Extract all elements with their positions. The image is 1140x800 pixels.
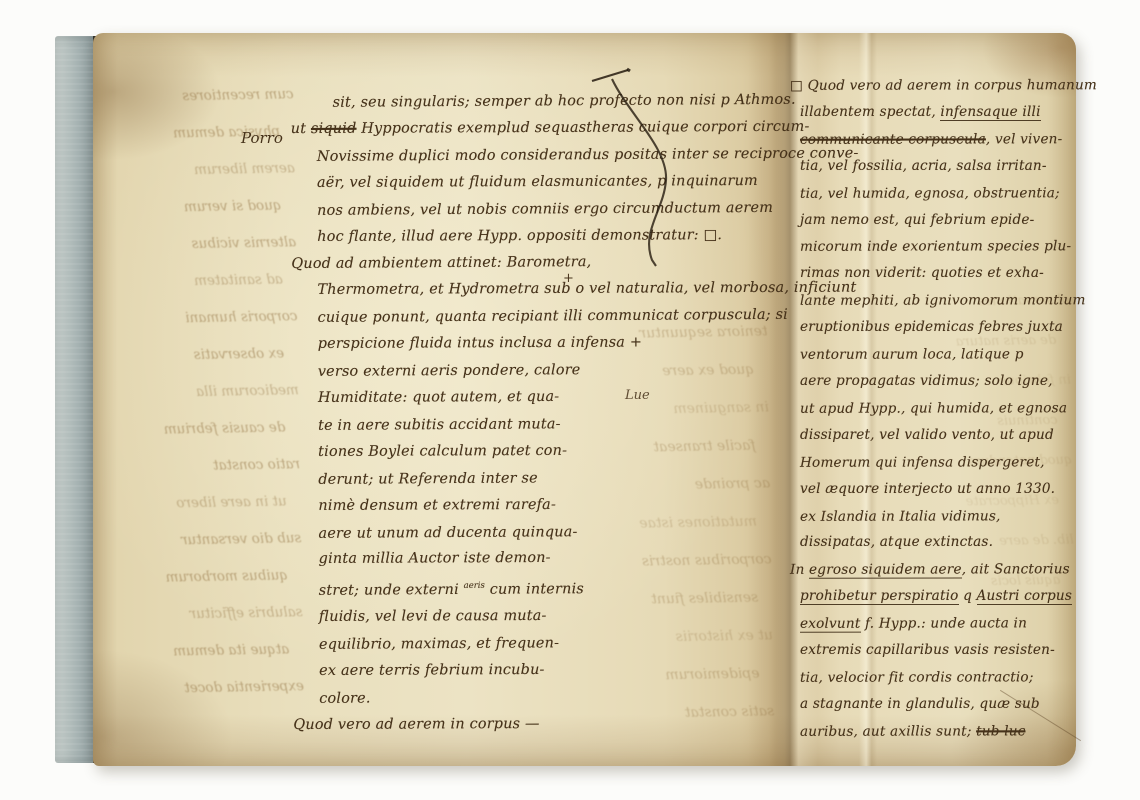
handwritten-text: □ Quod vero ad aerem in corpus humanum	[790, 77, 1097, 94]
manuscript-line: cuique ponunt, quanta recipiant illi com…	[292, 302, 764, 332]
handwritten-text: te in aere subitis accidant muta-	[318, 416, 561, 434]
manuscript-line: dissipatas, atque extinctas.	[790, 529, 1082, 556]
handwritten-text: experientia docet	[184, 678, 304, 696]
underlined-text: exolvunt	[800, 616, 861, 633]
handwritten-text: ut	[291, 121, 311, 137]
handwritten-text: a stagnante in glandulis, quæ sub	[800, 696, 1040, 712]
manuscript-line: dissiparet, vel valido vento, ut apud	[790, 422, 1082, 449]
handwritten-text: ex Islandia in Italia vidimus,	[800, 508, 1001, 524]
handwritten-text: tiones Boylei calculum patet con-	[318, 443, 567, 460]
handwritten-text: ut in aere libero	[176, 494, 287, 512]
handwritten-text: lante mephiti, ab ignivomorum montium	[800, 292, 1086, 309]
handwritten-text: verso externi aeris pondere, calore	[318, 362, 581, 380]
manuscript-line: corporis humani	[99, 298, 298, 338]
manuscript-line: ex Islandia in Italia vidimus,	[790, 503, 1082, 531]
struck-text: siquid	[311, 121, 357, 137]
manuscript-line: ut in aere libero	[102, 484, 287, 524]
manuscript-line: rimas non viderit: quoties et exha-	[790, 260, 1082, 287]
handwritten-text: tia, vel fossilia, acria, salsa irritan-	[800, 158, 1047, 174]
handwritten-text: medicorum illa	[196, 382, 299, 400]
handwritten-text: nimè densum et extremi rarefa-	[318, 496, 556, 513]
handwritten-text: fluidis, vel levi de causa muta-	[319, 608, 547, 625]
handwritten-text: Quod ad ambientem attinet: Barometra,	[291, 255, 591, 273]
struck-text: communicante corpuscula	[800, 131, 986, 147]
manuscript-line: exolvunt f. Hypp.: unde aucta in	[790, 610, 1082, 638]
handwritten-text: Homerum qui infensa dispergeret,	[800, 454, 1045, 471]
margin-annotation-porro: Porro	[241, 129, 283, 147]
manuscript-line: extremis capillaribus vasis resisten-	[790, 637, 1082, 664]
manuscript-line: eruptionibus epidemicas febres juxta	[790, 314, 1082, 341]
handwritten-text: atque ita demum	[173, 641, 289, 659]
manuscript-line: verso externi aeris pondere, calore	[292, 356, 764, 386]
manuscript-line: Quod vero ad aerem in corpus —	[293, 710, 765, 739]
handwritten-text: stret; unde externi	[319, 582, 464, 599]
handwritten-text: de causis febrium	[164, 420, 286, 438]
handwritten-text: cuique ponunt, quanta recipiant illi com…	[318, 307, 788, 326]
handwritten-text: In	[790, 562, 809, 578]
handwritten-text: illabentem spectat,	[800, 104, 940, 120]
manuscript-line: perspicione fluida intus inclusa a infen…	[292, 329, 764, 358]
manuscript-line: sub dio versantur	[103, 520, 302, 560]
handwritten-text: aerem liberum	[194, 160, 295, 178]
manuscript-line: a stagnante in glandulis, quæ sub	[790, 691, 1082, 718]
manuscript-line: Homerum qui infensa dispergeret,	[790, 449, 1082, 477]
manuscript-line: stret; unde externi aeris cum internis	[293, 571, 765, 605]
handwritten-text: cum internis	[485, 581, 584, 598]
manuscript-line: quod si verum	[97, 188, 282, 228]
manuscript-line: atque ita demum	[105, 631, 290, 671]
manuscript-line: ratio constat	[102, 446, 301, 486]
handwritten-text: jam nemo est, qui febrium epide-	[800, 212, 1034, 228]
manuscript-line: vel æquore interjecto ut anno 1330.	[790, 476, 1082, 503]
manuscript-line: ex observatis	[100, 336, 285, 376]
manuscript-line: jam nemo est, qui febrium epide-	[790, 207, 1082, 234]
underlined-text: Austri corpus	[977, 588, 1073, 605]
handwritten-text: tia, velocior fit cordis contractio;	[800, 669, 1034, 685]
handwritten-text: q	[959, 588, 977, 604]
book-binding-edge	[55, 36, 96, 763]
handwritten-text: derunt; ut Referenda inter se	[318, 470, 538, 487]
handwritten-text: micorum inde exorientum species plu-	[800, 239, 1071, 256]
handwritten-text: ratio constat	[213, 456, 300, 474]
pen-slash-mark	[573, 53, 713, 303]
manuscript-line: tia, velocior fit cordis contractio;	[790, 664, 1082, 692]
handwritten-text: perspicione fluida intus inclusa a infen…	[318, 335, 642, 352]
manuscript-line: In egroso siquidem aere, ait Sanctorius	[790, 557, 1082, 585]
handwritten-text: extremis capillaribus vasis resisten-	[800, 642, 1055, 658]
handwritten-text: sit, seu singularis; semper ab hoc profe…	[333, 92, 796, 111]
manuscript-line: ginta millia Auctor iste demon-	[293, 544, 765, 573]
manuscript-line: experientia docet	[106, 668, 305, 708]
handwritten-text: ad sanitatem	[194, 272, 283, 290]
handwritten-text: tia, vel humida, egnosa, obstruentia;	[800, 185, 1060, 202]
handwritten-text: rimas non viderit: quoties et exha-	[800, 265, 1044, 281]
manuscript-line: medicorum illa	[100, 372, 299, 412]
handwritten-text: equilibrio, maximas, et frequen-	[319, 635, 559, 653]
handwritten-text: auribus, aut axillis sunt;	[800, 723, 976, 739]
manuscript-line: aere ut unum ad ducenta quinqua-	[292, 517, 764, 547]
bleed-through-text-left: cum recentioresphysica demumaerem liberu…	[95, 76, 304, 739]
struck-text: tub luc	[976, 723, 1025, 739]
manuscript-line: cum recentiores	[95, 76, 294, 116]
manuscript-line: te in aere subitis accidant muta-	[292, 410, 764, 440]
gutter-annotation-lue: Lue	[625, 388, 650, 403]
handwritten-text: corporis humani	[185, 308, 297, 326]
handwritten-text: colore.	[319, 690, 370, 706]
handwritten-text: salubris efficitur	[190, 604, 303, 622]
manuscript-spread: cum recentioresphysica demumaerem liberu…	[93, 33, 1076, 766]
manuscript-line: salubris efficitur	[104, 594, 303, 634]
manuscript-line: micorum inde exorientum species plu-	[790, 234, 1082, 262]
handwritten-text: Quod vero ad aerem in corpus —	[293, 716, 539, 733]
manuscript-line: tia, vel humida, egnosa, obstruentia;	[790, 180, 1082, 208]
manuscript-line: quibus morborum	[104, 557, 289, 597]
manuscript-line: □ Quod vero ad aerem in corpus humanum	[790, 72, 1082, 100]
handwritten-text: dissipatas, atque extinctas.	[800, 534, 993, 550]
handwritten-text: quod si verum	[184, 198, 282, 216]
manuscript-line: lante mephiti, ab ignivomorum montium	[790, 287, 1082, 315]
manuscript-line: auribus, aut axillis sunt; tub luc	[790, 718, 1082, 746]
handwritten-text: aere propagatas vidimus; solo igne,	[800, 373, 1053, 389]
manuscript-line: nimè densum et extremi rarefa-	[292, 491, 764, 520]
handwritten-text: Humiditate: quot autem, et qua-	[318, 389, 559, 406]
handwritten-text: quibus morborum	[166, 567, 289, 585]
handwritten-text: aeris	[464, 581, 485, 591]
handwritten-text: , ait Sanctorius	[962, 562, 1070, 578]
manuscript-line: illabentem spectat, infensaque illi	[790, 99, 1082, 126]
manuscript-line: aere propagatas vidimus; solo igne,	[790, 368, 1082, 395]
manuscript-line: aerem liberum	[97, 150, 296, 190]
handwritten-text: alternis vicibus	[191, 234, 296, 252]
manuscript-line: derunt; ut Referenda inter se	[292, 464, 764, 494]
manuscript-line: ut apud Hypp., qui humida, et egnosa	[790, 395, 1082, 423]
manuscript-line: colore.	[293, 683, 765, 713]
underlined-text: prohibetur perspiratio	[800, 588, 959, 605]
handwritten-text: aere ut unum ad ducenta quinqua-	[318, 524, 577, 542]
handwritten-text: sub dio versantur	[181, 530, 302, 548]
handwritten-text: cum recentiores	[182, 86, 294, 104]
manuscript-line: prohibetur perspiratio q Austri corpus	[790, 583, 1082, 610]
manuscript-line: ad sanitatem	[98, 262, 283, 302]
manuscript-line: ex aere terris febrium incubu-	[293, 656, 765, 685]
manuscript-line: tia, vel fossilia, acria, salsa irritan-	[790, 153, 1082, 180]
handwritten-text: ut apud Hypp., qui humida, et egnosa	[800, 400, 1067, 417]
manuscript-line: alternis vicibus	[98, 224, 297, 264]
manuscript-line: tiones Boylei calculum patet con-	[292, 437, 764, 466]
manuscript-line: equilibrio, maximas, et frequen-	[293, 629, 765, 659]
handwritten-text: ex observatis	[194, 346, 285, 364]
manuscript-line: de causis febrium	[101, 410, 286, 450]
handwritten-text: ventorum aurum loca, latique p	[800, 346, 1024, 362]
handwritten-text: , vel viven-	[986, 131, 1063, 147]
handwritten-text: vel æquore interjecto ut anno 1330.	[800, 481, 1055, 497]
underlined-text: infensaque illi	[940, 104, 1040, 121]
handwritten-text: dissiparet, vel valido vento, ut apud	[800, 427, 1054, 443]
handwritten-text: ex aere terris febrium incubu-	[319, 662, 545, 679]
manuscript-line: ventorum aurum loca, latique p	[790, 341, 1082, 369]
manuscript-line: Humiditate: quot autem, et qua-	[292, 383, 764, 412]
right-page-text: □ Quod vero ad aerem in corpus humanumil…	[790, 72, 1082, 745]
handwritten-text: f. Hypp.: unde aucta in	[860, 615, 1027, 631]
underlined-text: egroso siquidem aere	[809, 562, 962, 579]
scan-background: cum recentioresphysica demumaerem liberu…	[0, 0, 1140, 800]
manuscript-line: communicante corpuscula, vel viven-	[790, 126, 1082, 154]
handwritten-text: eruptionibus epidemicas febres juxta	[800, 319, 1063, 335]
handwritten-text: ginta millia Auctor iste demon-	[319, 550, 551, 567]
manuscript-line: fluidis, vel levi de causa muta-	[293, 602, 765, 631]
